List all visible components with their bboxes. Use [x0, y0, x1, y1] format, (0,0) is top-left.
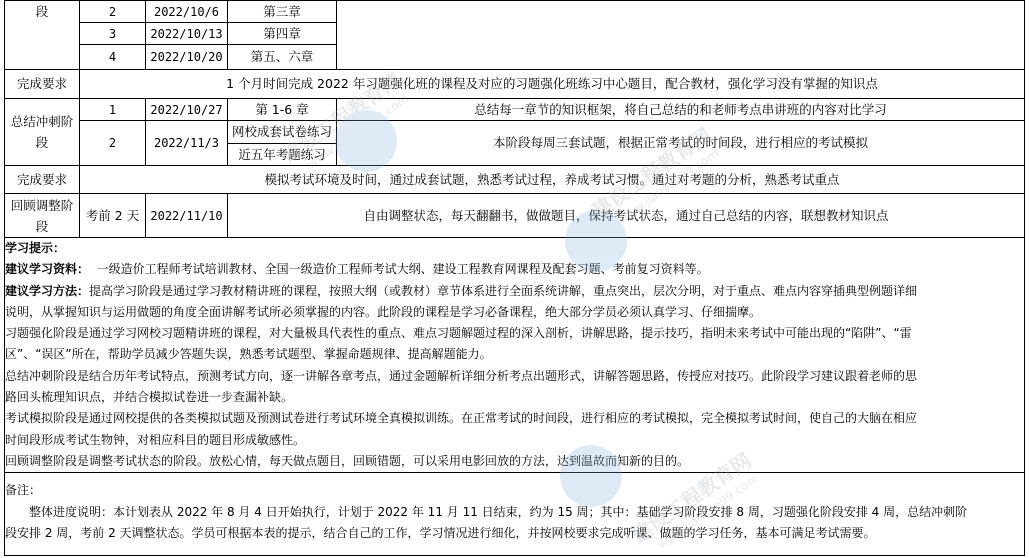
sprint-stage-label-line1: 总结冲刺阶: [11, 111, 74, 132]
tips-line: 考试模拟阶段是通过网校提供的各类模拟试题及预测试卷进行考试环境全真模拟训练。在正…: [5, 408, 1023, 429]
row-date: 2022/10/20: [146, 45, 227, 69]
row-content: 本阶段每周三套试题，根据正常考试的时间段，进行相应的考试模拟: [337, 121, 1024, 165]
review-stage-label-line2: 段: [36, 216, 49, 237]
notes-line: 整体进度说明：本计划表从 2022 年 8 月 4 日开始执行，计划于 2022…: [5, 502, 1023, 524]
row-date: 2022/10/13: [146, 23, 227, 44]
row-num: 2: [80, 121, 145, 165]
study-tips: 学习提示： 建议学习资料： 一级造价工程师考试培训教材、全国一级造价工程师考试大…: [5, 238, 1023, 472]
notes-heading: 备注：: [5, 480, 1023, 502]
tips-line: 习题强化阶段是通过学习网校习题精讲班的课程，对大量极具代表性的重点、难点习题解题…: [5, 323, 1023, 344]
notes-section: 备注： 整体进度说明：本计划表从 2022 年 8 月 4 日开始执行，计划于 …: [5, 480, 1023, 545]
requirement-text: 模拟考试环境及时间，通过成套试题，熟悉考试过程，养成考试习惯。通过对考题的分析，…: [80, 166, 1024, 193]
row-chapter: 第三章: [228, 1, 336, 22]
row-date: 2022/10/6: [146, 1, 227, 22]
methods-label: 建议学习方法：: [5, 284, 89, 298]
stage-label-tail: 段: [5, 1, 79, 22]
requirement-text: 1 个月时间完成 2022 年习题强化班的课程及对应的习题强化班练习中心题目，配…: [80, 70, 1024, 98]
tips-line: 回顾调整阶段是调整考试状态的阶段。放松心情，每天做点题目，回顾错题，可以采用电影…: [5, 451, 1023, 472]
row-num: 2: [80, 1, 145, 22]
tips-line: 时间段形成考试生物钟，对相应科目的题目形成敏感性。: [5, 430, 1023, 451]
sprint-stage-label-line2: 段: [36, 132, 49, 153]
row-num: 考前 2 天: [80, 194, 145, 237]
row-chapter-b: 近五年考题练习: [228, 144, 336, 165]
row-date: 2022/11/3: [146, 121, 227, 165]
review-stage-label: 回顾调整阶 段: [5, 194, 79, 237]
requirement-label: 完成要求: [5, 166, 79, 193]
row-date: 2022/10/27: [146, 99, 227, 120]
tips-line: 区”、“误区”所在，帮助学员减少答题失误，熟悉考试题型、掌握命题规律、提高解题能…: [5, 344, 1023, 365]
row-chapter: 第四章: [228, 23, 336, 44]
row-chapter-a: 网校成套试卷练习: [228, 121, 336, 143]
col-divider: [336, 0, 337, 69]
materials-text: 一级造价工程师考试培训教材、全国一级造价工程师考试大纲、建设工程教育网课程及配套…: [97, 262, 709, 276]
notes-line: 段安排 2 周，考前 2 天调整状态。学员可根据本表的提示，结合自己的工作，学习…: [5, 523, 1023, 545]
row-chapter: 第五、六章: [228, 45, 336, 69]
row-num: 1: [80, 99, 145, 120]
study-tips-heading: 学习提示：: [5, 241, 65, 255]
review-stage-label-line1: 回顾调整阶: [11, 195, 74, 216]
row-content: 自由调整状态，每天翻翻书，做做题目，保持考试状态，通过自己总结的内容，联想教材知…: [228, 194, 1024, 237]
row-divider: [4, 555, 1025, 556]
tips-line: 提高学习阶段是通过学习教材精讲班的课程，按照大纲（或教材）章节体系进行全面系统讲…: [89, 284, 917, 298]
row-num: 4: [80, 45, 145, 69]
sprint-stage-label: 总结冲刺阶 段: [5, 99, 79, 165]
row-content: 总结每一章节的知识框架，将自己总结的和老师考点串讲班的内容对比学习: [337, 99, 1024, 120]
tips-line: 路回头梳理知识点，并结合模拟试卷进一步查漏补缺。: [5, 387, 1023, 408]
row-date: 2022/11/10: [146, 194, 227, 237]
row-num: 3: [80, 23, 145, 44]
tips-line: 说明，从掌握知识与运用做题的角度全面讲解考试所必须掌握的内容。此阶段的课程是学习…: [5, 302, 1023, 323]
materials-label: 建议学习资料：: [5, 262, 89, 276]
study-plan-document: 段 2 2022/10/6 第三章 3 2022/10/13 第四章 4 202…: [0, 0, 1029, 558]
requirement-label: 完成要求: [5, 70, 79, 98]
tips-line: 总结冲刺阶段是结合历年考试特点，预测考试方向，逐一讲解各章考点，通过金题解析详细…: [5, 366, 1023, 387]
row-chapter: 第 1-6 章: [228, 99, 336, 120]
